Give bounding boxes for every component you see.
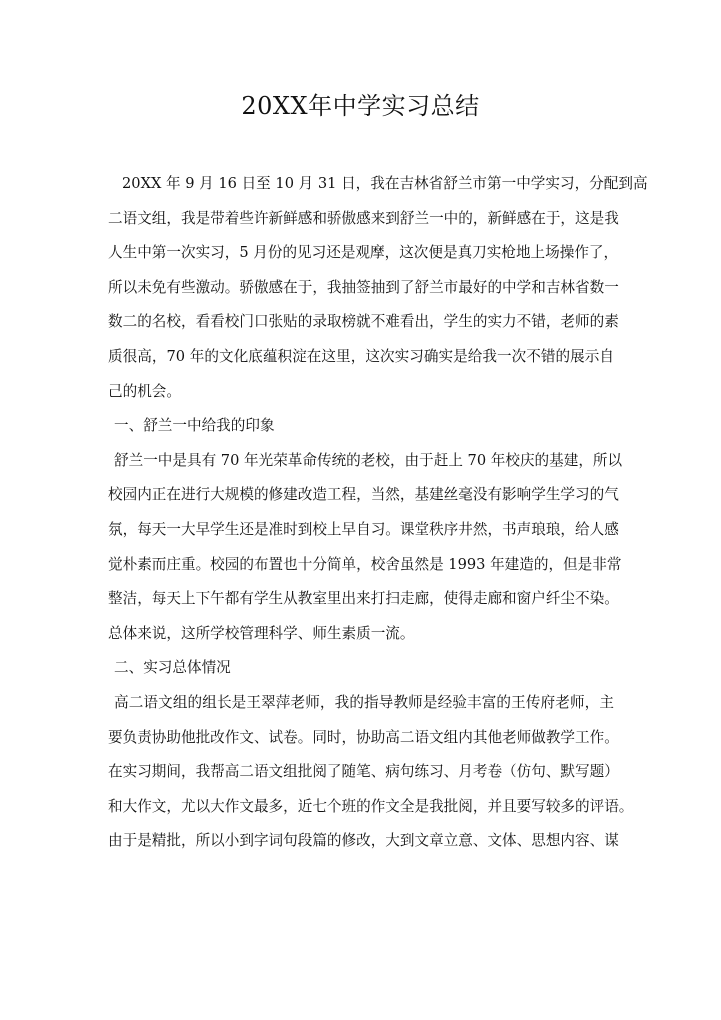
paragraph-line: 所以未免有些激动。骄傲感在于，我抽签抽到了舒兰市最好的中学和吉林省数一 xyxy=(108,274,614,309)
paragraph-line: 舒兰一中是具有 70 年光荣革命传统的老校，由于赶上 70 年校庆的基建，所以 xyxy=(108,447,614,482)
paragraph-line: 人生中第一次实习，5 月份的见习还是观摩，这次便是真刀实枪地上场操作了， xyxy=(108,239,614,274)
document-title: 20XX年中学实习总结 xyxy=(0,88,721,124)
paragraph-line: 数二的名校，看看校门口张贴的录取榜就不难看出，学生的实力不错，老师的素 xyxy=(108,308,614,343)
paragraph-line: 由于是精批，所以小到字词句段篇的修改，大到文章立意、文体、思想内容、谋 xyxy=(108,827,614,862)
paragraph-line: 高二语文组的组长是王翠萍老师，我的指导教师是经验丰富的王传府老师，主 xyxy=(108,689,614,724)
paragraph-line: 觉朴素而庄重。校园的布置也十分简单，校舍虽然是 1993 年建造的，但是非常 xyxy=(108,551,614,586)
paragraph-line: 要负责协助他批改作文、试卷。同时，协助高二语文组内其他老师做教学工作。 xyxy=(108,724,614,759)
paragraph-line: 总体来说，这所学校管理科学、师生素质一流。 xyxy=(108,620,614,655)
paragraph-line: 整洁，每天上下午都有学生从教室里出来打扫走廊，使得走廊和窗户纤尘不染。 xyxy=(108,585,614,620)
paragraph-line: 和大作文，尤以大作文最多，近七个班的作文全是我批阅，并且要写较多的评语。 xyxy=(108,793,614,828)
section-heading: 一、舒兰一中给我的印象 xyxy=(108,412,614,447)
document-page: 20XX年中学实习总结 20XX 年 9 月 16 日至 10 月 31 日，我… xyxy=(0,0,721,1020)
paragraph-line: 二语文组，我是带着些许新鲜感和骄傲感来到舒兰一中的，新鲜感在于，这是我 xyxy=(108,205,614,240)
section-heading: 二、实习总体情况 xyxy=(108,654,614,689)
paragraph-line: 质很高，70 年的文化底蕴积淀在这里，这次实习确实是给我一次不错的展示自 xyxy=(108,343,614,378)
paragraph-line: 氛，每天一大早学生还是准时到校上早自习。课堂秩序井然，书声琅琅，给人感 xyxy=(108,516,614,551)
paragraph-line: 20XX 年 9 月 16 日至 10 月 31 日，我在吉林省舒兰市第一中学实… xyxy=(108,170,614,205)
document-body: 20XX 年 9 月 16 日至 10 月 31 日，我在吉林省舒兰市第一中学实… xyxy=(108,170,614,862)
paragraph-line: 在实习期间，我帮高二语文组批阅了随笔、病句练习、月考卷（仿句、默写题） xyxy=(108,758,614,793)
paragraph-line: 己的机会。 xyxy=(108,378,614,413)
paragraph-line: 校园内正在进行大规模的修建改造工程，当然，基建丝毫没有影响学生学习的气 xyxy=(108,481,614,516)
